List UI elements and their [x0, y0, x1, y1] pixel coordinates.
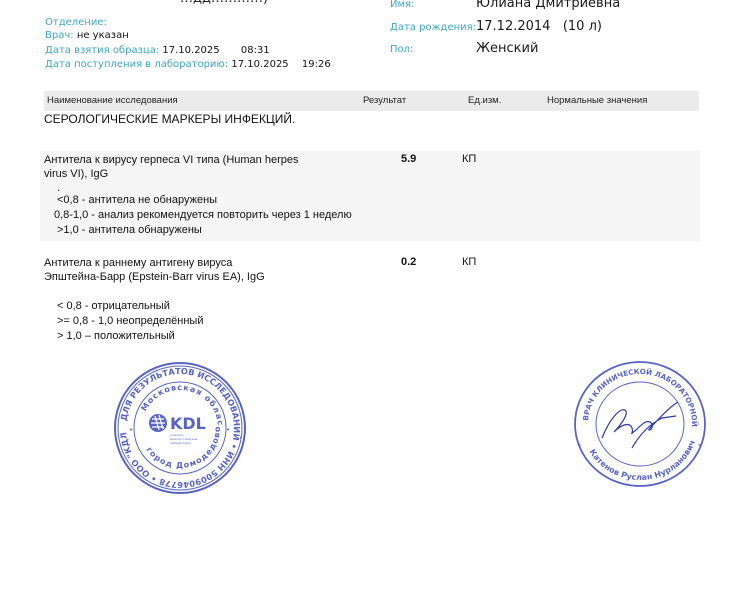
- section-title: СЕРОЛОГИЧЕСКИЕ МАРКЕРЫ ИНФЕКЦИЙ.: [44, 112, 295, 126]
- sex-label: Пол:: [390, 44, 413, 55]
- note-line: 0,8-1,0 - анализ рекомендуется повторить…: [54, 208, 352, 223]
- note-line: .: [57, 183, 352, 193]
- lab-date-value: 17.10.2025: [231, 59, 288, 70]
- table-row: Антитела к раннему антигену вируса Эпште…: [40, 254, 700, 344]
- note-line: <0,8 - антитела не обнаружены: [57, 193, 352, 208]
- doctor-stamp: ВРАЧ КЛИНИЧЕСКОЙ ЛАБОРАТОРНОЙ ДИАГНОСТИК…: [570, 358, 710, 492]
- test-unit: КП: [462, 153, 476, 165]
- lab-time-value: 19:26: [302, 59, 331, 70]
- department-label: Отделение:: [45, 17, 107, 28]
- test-notes: < 0,8 - отрицательный >= 0,8 - 1,0 неопр…: [57, 299, 204, 344]
- lab-date-row: Дата поступления в лабораторию: 17.10.20…: [45, 59, 331, 71]
- patient-name-value: Юлиана Дмитриевна: [476, 0, 620, 11]
- lab-date-label: Дата поступления в лабораторию:: [45, 59, 228, 70]
- test-name: Антитела к вирусу герпеса VI типа (Human…: [44, 153, 314, 181]
- svg-text:*: *: [578, 443, 581, 450]
- col-test-name: Наименование исследования: [47, 95, 178, 106]
- col-unit: Ед.изм.: [468, 95, 501, 106]
- signature: [602, 402, 678, 448]
- note-line: >1,0 - антитела обнаружены: [57, 223, 352, 238]
- doctor-value: не указан: [77, 30, 129, 41]
- dob-label: Дата рождения:: [390, 22, 476, 33]
- note-line: < 0,8 - отрицательный: [57, 299, 204, 314]
- test-notes: . <0,8 - антитела не обнаружены 0,8-1,0 …: [57, 183, 352, 238]
- dob-value: 17.12.2014 (10 л): [476, 19, 602, 34]
- doctor-stamp-title: ВРАЧ КЛИНИЧЕСКОЙ ЛАБОРАТОРНОЙ ДИАГНОСТИК…: [570, 358, 699, 427]
- doctor-label: Врач:: [45, 30, 74, 41]
- note-line: >= 0,8 - 1,0 неопределённый: [57, 314, 204, 329]
- test-name: Антитела к раннему антигену вируса Эпште…: [44, 256, 284, 284]
- sample-date-row: Дата взятия образца: 17.10.2025 08:31: [45, 45, 270, 57]
- kdl-logo: KDL: [170, 414, 206, 433]
- svg-text:лаборатории: лаборатории: [170, 441, 191, 445]
- test-unit: КП: [462, 256, 476, 268]
- table-row: Антитела к вирусу герпеса VI типа (Human…: [40, 151, 700, 241]
- lab-stamp: ДЛЯ РЕЗУЛЬТАТОВ ИССЛЕДОВАНИЙ • ИНН 50090…: [112, 360, 248, 500]
- test-result: 0.2: [401, 256, 416, 268]
- sample-date-label: Дата взятия образца:: [45, 45, 159, 56]
- svg-text:•: •: [129, 426, 133, 434]
- test-result: 5.9: [401, 153, 416, 165]
- col-reference: Нормальные значения: [547, 95, 647, 106]
- results-table-header: Наименование исследования Результат Ед.и…: [44, 91, 699, 111]
- svg-text:*: *: [698, 443, 701, 450]
- col-result: Результат: [363, 95, 406, 106]
- sex-value: Женский: [476, 41, 538, 56]
- note-line: > 1,0 – положительный: [57, 329, 204, 344]
- department-row: Отделение:: [45, 17, 107, 29]
- patient-name-label: Имя:: [390, 0, 414, 10]
- doctor-row: Врач: не указан: [45, 30, 129, 42]
- sample-date-value: 17.10.2025: [162, 45, 219, 56]
- svg-text:•: •: [226, 426, 230, 434]
- header-cut-text: …дд…………): [180, 0, 268, 6]
- sample-time-value: 08:31: [241, 45, 270, 56]
